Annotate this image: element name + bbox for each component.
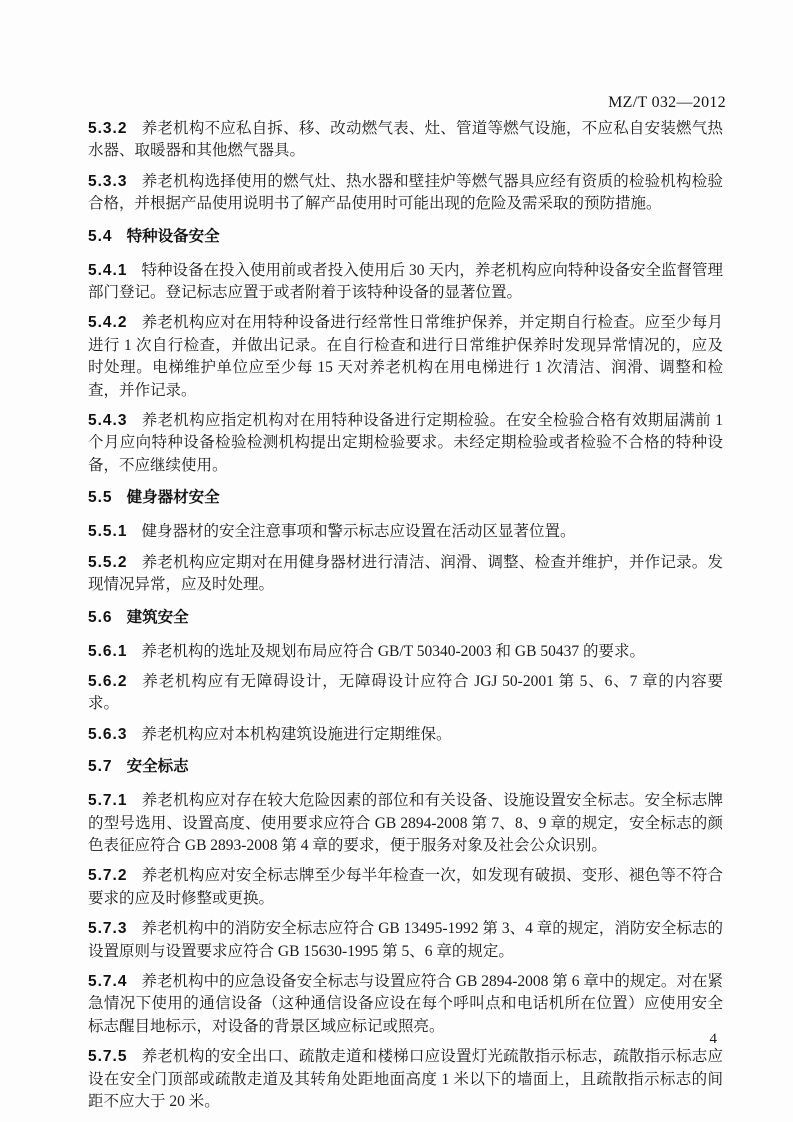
clause-paragraph: 5.3.2养老机构不应私自拆、移、改动燃气表、灶、管道等燃气设施，不应私自安装燃… [88,118,723,163]
clause-number: 5.7.3 [88,920,127,937]
clause-text: 养老机构选择使用的燃气灶、热水器和壁挂炉等燃气器具应经有资质的检验机构检验合格，… [88,173,723,212]
clause-paragraph: 5.6.2养老机构应有无障碍设计，无障碍设计应符合 JGJ 50-2001 第 … [88,671,723,716]
section-heading: 5.6建筑安全 [88,607,723,629]
clause-paragraph: 5.3.3养老机构选择使用的燃气灶、热水器和壁挂炉等燃气器具应经有资质的检验机构… [88,171,723,216]
clause-text: 养老机构应定期对在用健身器材进行清洁、润滑、调整、检查并维护，并作记录。发现情况… [88,554,723,593]
clause-number: 5.4.3 [88,412,127,429]
clause-number: 5.7 [88,758,113,775]
clause-number: 5.6.3 [88,726,127,743]
clause-paragraph: 5.5.2养老机构应定期对在用健身器材进行清洁、润滑、调整、检查并维护，并作记录… [88,552,723,597]
clause-text: 特种设备在投入使用前或者投入使用后 30 天内，养老机构应向特种设备安全监督管理… [88,262,723,301]
clause-text: 养老机构的安全出口、疏散走道和楼梯口应设置灯光疏散指示标志，疏散指示标志应设在安… [88,1048,723,1110]
clause-number: 5.6.1 [88,643,127,660]
clause-paragraph: 5.4.2养老机构应对在用特种设备进行经常性日常维护保养，并定期自行检查。应至少… [88,312,723,402]
clause-paragraph: 5.4.1特种设备在投入使用前或者投入使用后 30 天内，养老机构应向特种设备安… [88,260,723,305]
clause-paragraph: 5.4.3养老机构应指定机构对在用特种设备进行定期检验。在安全检验合格有效期届满… [88,410,723,477]
clause-number: 5.3.3 [88,173,127,190]
clause-number: 5.4.1 [88,262,127,279]
clause-text: 养老机构应对在用特种设备进行经常性日常维护保养，并定期自行检查。应至少每月进行 … [88,314,723,398]
clause-number: 5.7.5 [88,1048,127,1065]
clause-paragraph: 5.7.3养老机构中的消防安全标志应符合 GB 13495-1992 第 3、4… [88,918,723,963]
heading-text: 健身器材安全 [127,489,220,506]
clause-text: 养老机构中的应急设备安全标志与设置应符合 GB 2894-2008 第 6 章中… [88,973,723,1035]
standard-code-header: MZ/T 032—2012 [88,94,726,112]
clause-paragraph: 5.7.1养老机构应对存在较大危险因素的部位和有关设备、设施设置安全标志。安全标… [88,790,723,857]
page-number: 4 [710,1031,718,1048]
clause-text: 养老机构应对安全标志牌至少每半年检查一次，如发现有破损、变形、褪色等不符合要求的… [88,867,723,906]
clause-text: 养老机构应对本机构建筑设施进行定期维保。 [141,726,451,743]
clause-number: 5.5.2 [88,554,127,571]
clause-paragraph: 5.6.3养老机构应对本机构建筑设施进行定期维保。 [88,724,723,746]
clause-number: 5.7.4 [88,973,127,990]
clause-paragraph: 5.7.4养老机构中的应急设备安全标志与设置应符合 GB 2894-2008 第… [88,971,723,1038]
clause-number: 5.4.2 [88,314,127,331]
clause-text: 养老机构应指定机构对在用特种设备进行定期检验。在安全检验合格有效期届满前 1 个… [88,412,723,474]
clause-paragraph: 5.5.1健身器材的安全注意事项和警示标志应设置在活动区显著位置。 [88,521,723,543]
clause-paragraph: 5.7.5养老机构的安全出口、疏散走道和楼梯口应设置灯光疏散指示标志，疏散指示标… [88,1046,723,1113]
clause-number: 5.4 [88,228,113,245]
section-heading: 5.7安全标志 [88,756,723,778]
clause-text: 健身器材的安全注意事项和警示标志应设置在活动区显著位置。 [141,523,575,540]
heading-text: 建筑安全 [127,609,189,626]
clause-paragraph: 5.6.1养老机构的选址及规划布局应符合 GB/T 50340-2003 和 G… [88,641,723,663]
clause-number: 5.5 [88,489,113,506]
heading-text: 安全标志 [127,758,189,775]
section-heading: 5.5健身器材安全 [88,487,723,509]
section-heading: 5.4特种设备安全 [88,226,723,248]
clause-text: 养老机构的选址及规划布局应符合 GB/T 50340-2003 和 GB 504… [141,643,644,660]
document-body: 5.3.2养老机构不应私自拆、移、改动燃气表、灶、管道等燃气设施，不应私自安装燃… [88,118,723,1121]
clause-text: 养老机构应有无障碍设计，无障碍设计应符合 JGJ 50-2001 第 5、6、7… [88,673,723,712]
clause-number: 5.3.2 [88,120,127,137]
clause-number: 5.5.1 [88,523,127,540]
clause-number: 5.6.2 [88,673,127,690]
clause-number: 5.7.2 [88,867,127,884]
document-page: MZ/T 032—2012 5.3.2养老机构不应私自拆、移、改动燃气表、灶、管… [0,0,793,1122]
clause-number: 5.6 [88,609,113,626]
clause-text: 养老机构应对存在较大危险因素的部位和有关设备、设施设置安全标志。安全标志牌的型号… [88,792,723,854]
clause-number: 5.7.1 [88,792,127,809]
clause-text: 养老机构不应私自拆、移、改动燃气表、灶、管道等燃气设施，不应私自安装燃气热水器、… [88,120,723,159]
clause-text: 养老机构中的消防安全标志应符合 GB 13495-1992 第 3、4 章的规定… [88,920,723,959]
heading-text: 特种设备安全 [127,228,220,245]
clause-paragraph: 5.7.2养老机构应对安全标志牌至少每半年检查一次，如发现有破损、变形、褪色等不… [88,865,723,910]
